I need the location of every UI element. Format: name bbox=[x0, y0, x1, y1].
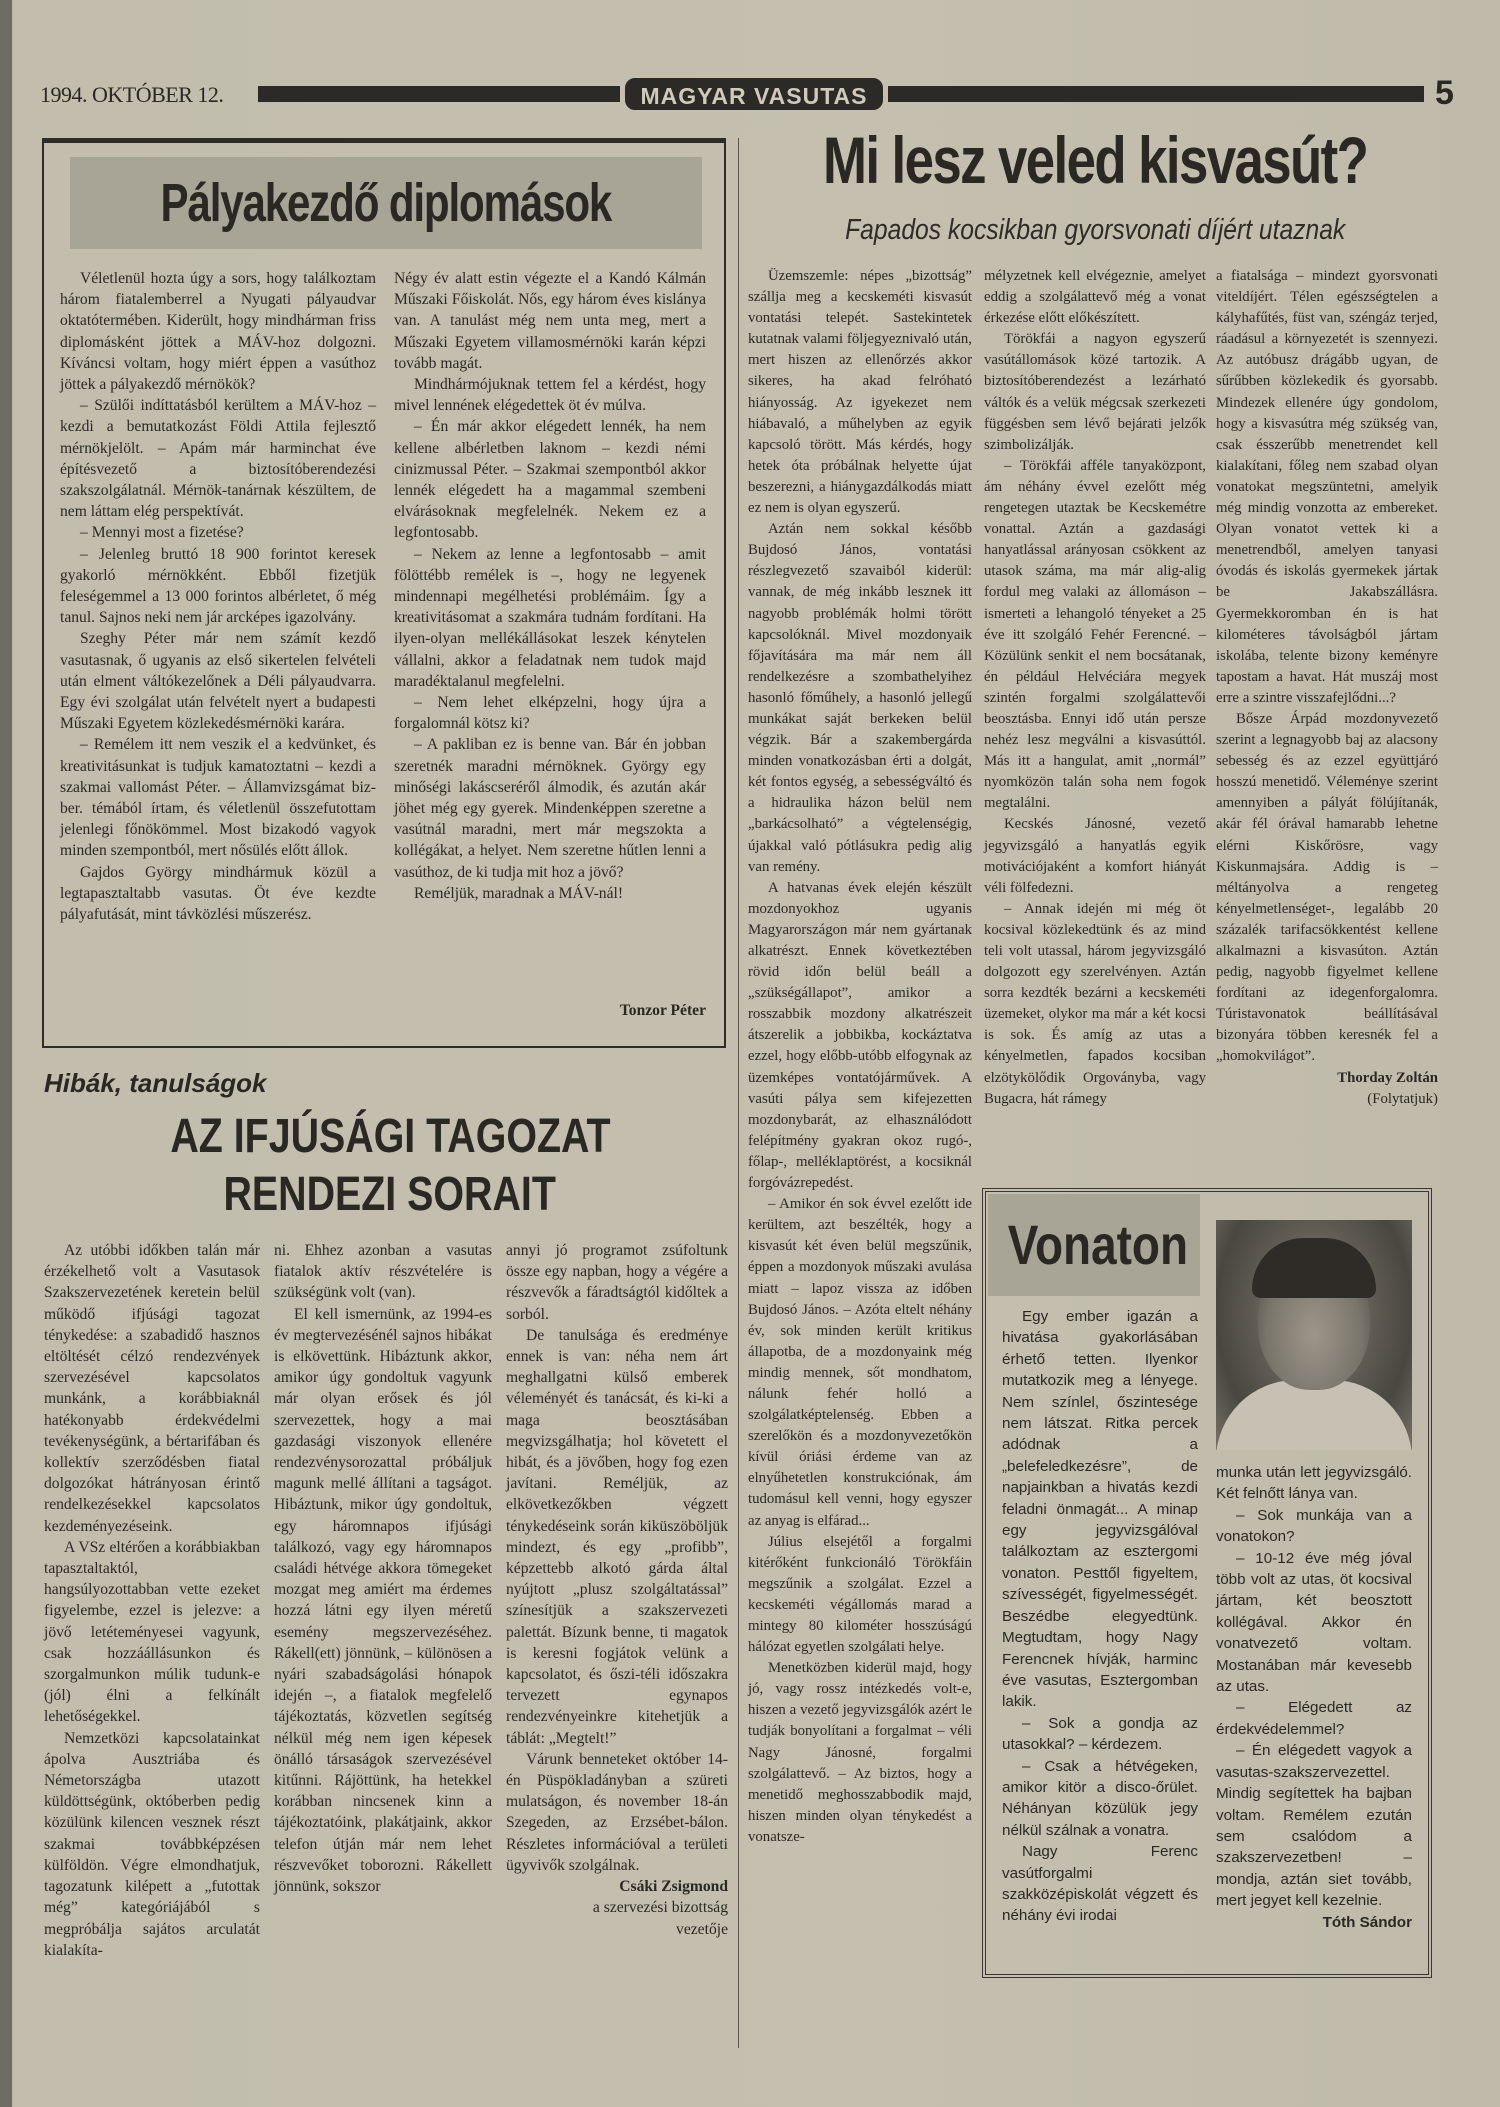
portrait-photo bbox=[1216, 1220, 1412, 1450]
paper-logo: MAGYAR VASUTAS bbox=[625, 78, 883, 110]
article-column-palyakezdo-1: Véletlenül hozta úgy a sors, hogy találk… bbox=[60, 268, 376, 925]
paragraph: Négy év alatt estin végezte el a Kandó K… bbox=[394, 268, 706, 374]
masthead-rule-right bbox=[888, 86, 1424, 102]
paragraph: mélyzetnek kell elvégeznie, amelyet eddi… bbox=[984, 266, 1206, 329]
binding-edge bbox=[0, 0, 12, 2107]
paragraph: Bősze Árpád mozdonyvezető szerint a legn… bbox=[1216, 709, 1438, 1068]
column-rule bbox=[738, 138, 739, 2048]
paragraph: – Nem lehet elképzelni, hogy újra a forg… bbox=[394, 692, 706, 734]
paragraph: – Jelenleg bruttó 18 900 forintot kerese… bbox=[60, 544, 376, 629]
paragraph: A VSz eltérően a korábbiakban tapasztalt… bbox=[44, 1537, 260, 1728]
article-column-kisvasut-3: a fiatalsága – mindezt gyorsvonati vitel… bbox=[1216, 266, 1438, 1110]
article-title-palyakezdo: Pályakezdő diplomások bbox=[70, 157, 702, 249]
paragraph: munka után lett jegyvizsgáló. Két felnőt… bbox=[1216, 1462, 1412, 1505]
paragraph: – Annak idején mi még öt kocsival közlek… bbox=[984, 899, 1206, 1110]
masthead-rule-left bbox=[258, 86, 620, 102]
page-number: 5 bbox=[1435, 74, 1454, 113]
author-ifjusagi: Csáki Zsigmond bbox=[506, 1876, 728, 1897]
author-kisvasut: Thorday Zoltán bbox=[1216, 1068, 1438, 1089]
continued-note: (Folytatjuk) bbox=[1216, 1089, 1438, 1110]
paragraph: El kell ismernünk, az 1994-es év megterv… bbox=[274, 1304, 492, 1898]
paragraph: – A pakliban ez is benne van. Bár én job… bbox=[394, 734, 706, 882]
paragraph: Menetközben kiderül majd, hogy jó, vagy … bbox=[748, 1658, 972, 1848]
paragraph: Nagy Ferenc vasútforgalmi szakközépiskol… bbox=[1002, 1841, 1198, 1927]
paragraph: Véletlenül hozta úgy a sors, hogy találk… bbox=[60, 268, 376, 395]
paragraph: Szeghy Péter már nem számít kezdő vasuta… bbox=[60, 628, 376, 734]
paragraph: – Sok munkája van a vonatokon? bbox=[1216, 1505, 1412, 1548]
paragraph: – Remélem itt nem veszik el a kedvünket,… bbox=[60, 734, 376, 861]
issue-date: 1994. OKTÓBER 12. bbox=[40, 82, 223, 108]
author-vonaton: Tóth Sándor bbox=[1216, 1912, 1412, 1933]
paragraph: A hatvanas évek elején készült mozdonyok… bbox=[748, 878, 972, 1194]
article-column-vonaton-1: Egy ember igazán a hivatása gyakorlásába… bbox=[1002, 1306, 1198, 1927]
paragraph: – Csak a hétvégeken, amikor kitör a disc… bbox=[1002, 1756, 1198, 1842]
paragraph: – Én elégedett vagyok a vasutas-szakszer… bbox=[1216, 1740, 1412, 1911]
article-column-palyakezdo-2: Négy év alatt estin végezte el a Kandó K… bbox=[394, 268, 706, 904]
paragraph: Az utóbbi időkben talán már érzékelhető … bbox=[44, 1240, 260, 1537]
paragraph: – Amikor én sok évvel ezelőtt ide került… bbox=[748, 1194, 972, 1532]
article-title-ifjusagi: AZ IFJÚSÁGI TAGOZAT RENDEZI SORAIT bbox=[80, 1108, 700, 1224]
photo-hair bbox=[1252, 1238, 1376, 1298]
paragraph: Várunk benneteket október 14-én Püspökla… bbox=[506, 1749, 728, 1876]
paragraph: Üzemszemle: népes „bizottság” szállja me… bbox=[748, 266, 972, 519]
paragraph: Július elsejétől a forgalmi kitérőként f… bbox=[748, 1532, 972, 1659]
paragraph: Kecskés Jánosné, vezető jegyvizsgáló a h… bbox=[984, 814, 1206, 898]
paragraph: Mindhármójuknak tettem fel a kérdést, ho… bbox=[394, 374, 706, 416]
paragraph: a fiatalsága – mindezt gyorsvonati vitel… bbox=[1216, 266, 1438, 709]
paragraph: Gajdos György mindhármuk közül a legtapa… bbox=[60, 862, 376, 926]
article-kicker-ifjusagi: Hibák, tanulságok bbox=[44, 1068, 267, 1099]
article-column-vonaton-2: munka után lett jegyvizsgáló. Két felnőt… bbox=[1216, 1462, 1412, 1933]
author-role: a szervezési bizottság bbox=[506, 1897, 728, 1918]
author-palyakezdo: Tonzor Péter bbox=[394, 1000, 706, 1021]
paragraph: Törökfái a nagyon egyszerű vasútállomáso… bbox=[984, 329, 1206, 456]
article-title-kisvasut: Mi lesz veled kisvasút? bbox=[745, 122, 1445, 198]
paragraph: – Elégedett az érdekvédelemmel? bbox=[1216, 1697, 1412, 1740]
paragraph: ni. Ehhez azonban a vasutas fiatalok akt… bbox=[274, 1240, 492, 1304]
paragraph: De tanulsága és eredménye ennek is van: … bbox=[506, 1325, 728, 1749]
paragraph: Aztán nem sokkal később Bujdosó János, v… bbox=[748, 519, 972, 878]
article-column-ifjusagi-2: ni. Ehhez azonban a vasutas fiatalok akt… bbox=[274, 1240, 492, 1897]
article-column-ifjusagi-1: Az utóbbi időkben talán már érzékelhető … bbox=[44, 1240, 260, 1961]
paragraph: Nemzetközi kapcsolatainkat ápolva Ausztr… bbox=[44, 1728, 260, 1961]
paragraph: – Én már akkor elégedett lennék, ha nem … bbox=[394, 416, 706, 543]
paragraph: – Mennyi most a fizetése? bbox=[60, 522, 376, 543]
paragraph: – Sok a gondja az utasokkal? – kérdezem. bbox=[1002, 1713, 1198, 1756]
paragraph: annyi jó programot zsúfoltunk össze egy … bbox=[506, 1240, 728, 1325]
paragraph: – Szülői indíttatásból kerültem a MÁV-ho… bbox=[60, 395, 376, 522]
paragraph: Reméljük, maradnak a MÁV-nál! bbox=[394, 883, 706, 904]
article-title-vonaton: Vonaton bbox=[988, 1194, 1200, 1296]
photo-sweater bbox=[1216, 1380, 1412, 1450]
masthead: 1994. OKTÓBER 12. MAGYAR VASUTAS 5 bbox=[40, 78, 1440, 112]
paragraph: – 10-12 éve még jóval több volt az utas,… bbox=[1216, 1548, 1412, 1698]
paragraph: Egy ember igazán a hivatása gyakorlásába… bbox=[1002, 1306, 1198, 1713]
newspaper-page: 1994. OKTÓBER 12. MAGYAR VASUTAS 5 Pálya… bbox=[0, 0, 1500, 2107]
article-column-kisvasut-1: Üzemszemle: népes „bizottság” szállja me… bbox=[748, 266, 972, 1848]
author-role: vezetője bbox=[506, 1919, 728, 1940]
paragraph: – Nekem az lenne a legfontosabb – amit f… bbox=[394, 544, 706, 692]
article-column-kisvasut-2: mélyzetnek kell elvégeznie, amelyet eddi… bbox=[984, 266, 1206, 1110]
article-subtitle-kisvasut: Fapados kocsikban gyorsvonati díjért uta… bbox=[745, 214, 1445, 247]
paragraph: – Törökfái afféle tanyaközpont, ám néhán… bbox=[984, 456, 1206, 815]
article-column-ifjusagi-3: annyi jó programot zsúfoltunk össze egy … bbox=[506, 1240, 728, 1940]
